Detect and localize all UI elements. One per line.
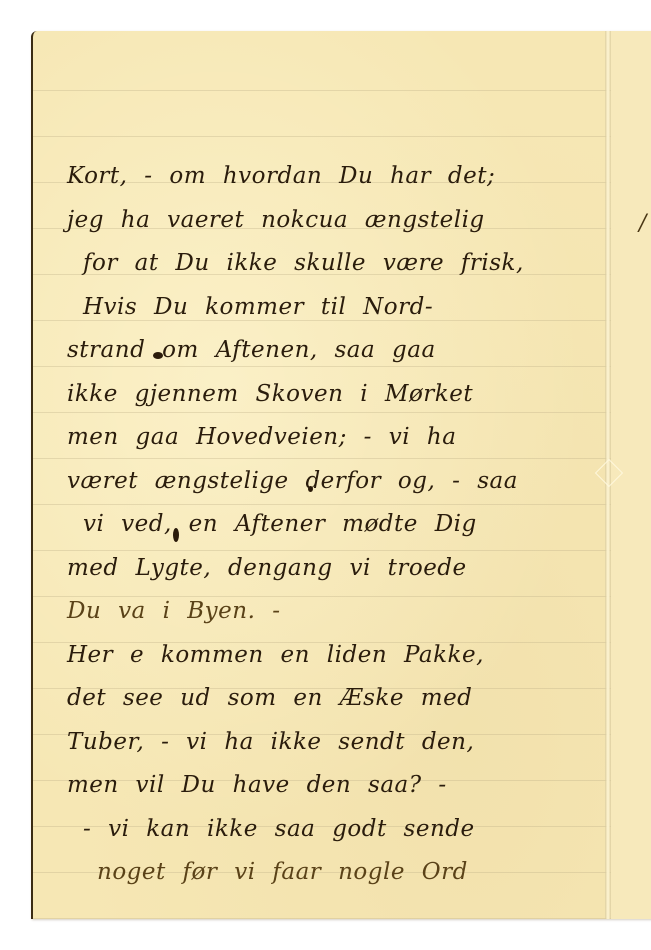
letter-line: ikke gjennem Skoven i Mørket: [67, 373, 627, 417]
letter-page: / Kort, - om hvordan Du har det; jeg ha …: [31, 31, 651, 919]
letter-line: men vil Du have den saa? -: [67, 764, 627, 808]
letter-line: vi ved, en Aftener mødte Dig: [67, 503, 627, 547]
letter-line: Hvis Du kommer til Nord-: [67, 286, 627, 330]
letter-line: været ængstelige derfor og, - saa: [67, 460, 627, 504]
letter-line: for at Du ikke skulle være frisk,: [67, 242, 627, 286]
letter-line: strand om Aftenen, saa gaa: [67, 329, 627, 373]
letter-body: Kort, - om hvordan Du har det; jeg ha va…: [67, 155, 627, 895]
letter-line: Tuber, - vi ha ikke sendt den,: [67, 721, 627, 765]
margin-mark: /: [639, 211, 646, 236]
letter-line: med Lygte, dengang vi troede: [67, 547, 627, 591]
letter-line: Du va i Byen. -: [67, 590, 627, 634]
letter-line: det see ud som en Æske med: [67, 677, 627, 721]
letter-line: - vi kan ikke saa godt sende: [67, 808, 627, 852]
letter-line: Kort, - om hvordan Du har det;: [67, 155, 627, 199]
letter-line: Her e kommen en liden Pakke,: [67, 634, 627, 678]
letter-line: jeg ha vaeret nokcua ængstelig: [67, 199, 627, 243]
letter-line: men gaa Hovedveien; - vi ha: [67, 416, 627, 460]
letter-line: noget før vi faar nogle Ord: [67, 851, 627, 895]
